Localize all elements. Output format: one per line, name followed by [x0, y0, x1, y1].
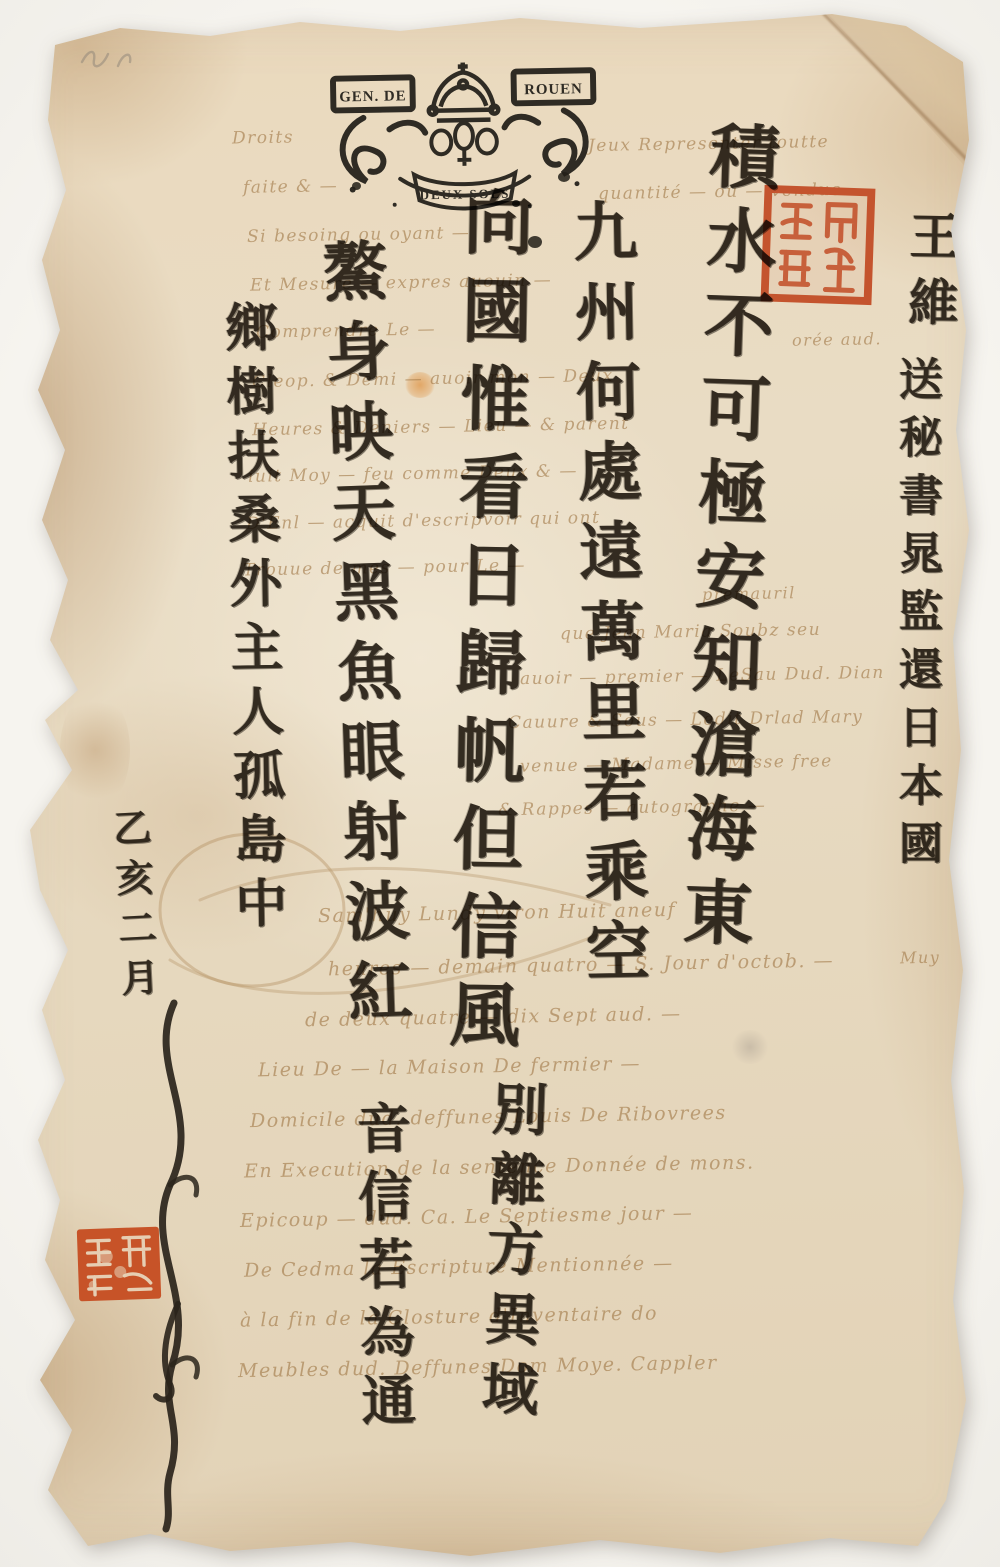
poem-column: 別離方異域 [464, 1079, 556, 1432]
paper-shadow: DroitsJeux Representer touttefaite & —qu… [0, 0, 1000, 1567]
ink-hook-stroke [140, 1300, 200, 1410]
poem-column: 音信若為通 [341, 1099, 424, 1440]
poem-column: 積水不可極安知滄海東 [661, 118, 791, 961]
poem-title-column: 送秘書晁監還日本國 [884, 356, 948, 878]
poem-column: 鰲身映天黑魚眼射波紅 [302, 237, 422, 1040]
poem-column: 九州何處遠萬里若乘空 [553, 197, 659, 998]
red-seal-bottom-left [75, 1225, 164, 1304]
date-column: 乙亥二月 [101, 807, 166, 1010]
manuscript-paper: DroitsJeux Representer touttefaite & —qu… [0, 0, 1000, 1567]
author-name: 王維 [893, 209, 967, 342]
photo-background: DroitsJeux Representer touttefaite & —qu… [0, 0, 1000, 1567]
poem-column: 鄉樹扶桑外主人孤島中 [208, 299, 294, 940]
poem-column: 向國惟看日歸帆但信風 [428, 185, 544, 1067]
